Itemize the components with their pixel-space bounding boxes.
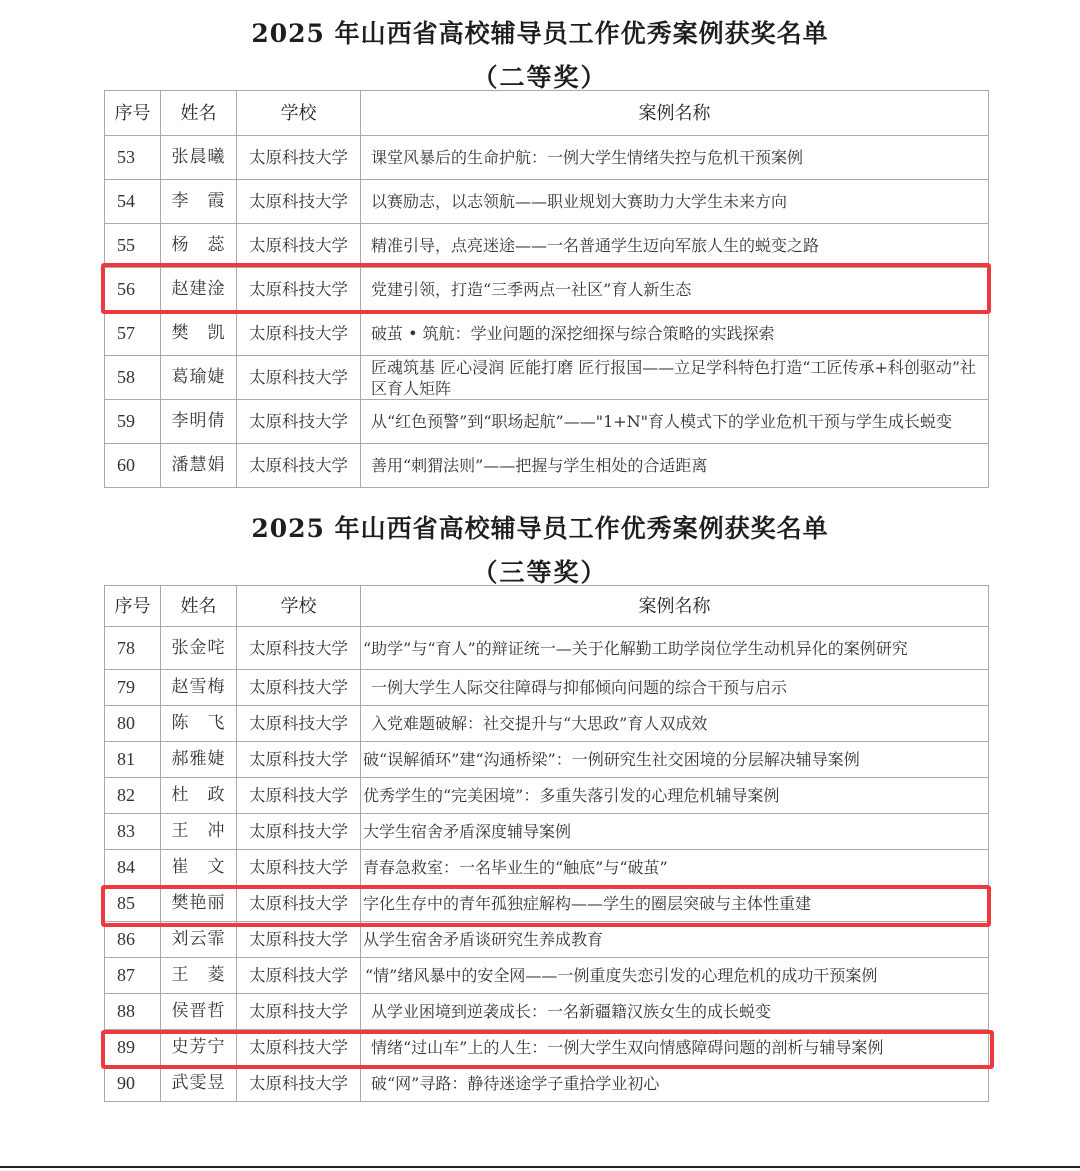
header-school: 学校 bbox=[237, 91, 361, 136]
table-row: 84 崔 文 太原科技大学 青春急救室：一名毕业生的“触底”与“破茧” bbox=[105, 850, 989, 886]
cell-case: 党建引领，打造“三季两点一社区”育人新生态 bbox=[361, 268, 989, 312]
cell-school: 太原科技大学 bbox=[237, 180, 361, 224]
header-case: 案例名称 bbox=[361, 586, 989, 627]
cell-seq: 82 bbox=[105, 778, 161, 814]
cell-name: 王 菱 bbox=[161, 958, 237, 994]
cell-case: 破茧 • 筑航：学业问题的深挖细探与综合策略的实践探索 bbox=[361, 312, 989, 356]
cell-case: “助学”与“育人”的辩证统一—关于化解勤工助学岗位学生动机异化的案例研究 bbox=[361, 627, 989, 670]
cell-school: 太原科技大学 bbox=[237, 444, 361, 488]
cell-seq: 79 bbox=[105, 670, 161, 706]
table-row-highlighted: 89 史芳宁 太原科技大学 情绪“过山车”上的人生：一例大学生双向情感障碍问题的… bbox=[105, 1030, 989, 1066]
cell-school: 太原科技大学 bbox=[237, 814, 361, 850]
document-title-second-prize: 2025 年山西省高校辅导员工作优秀案例获奖名单 bbox=[0, 14, 1080, 50]
cell-name: 张晨曦 bbox=[161, 136, 237, 180]
award-level-third-prize: （三等奖） bbox=[0, 553, 1080, 589]
cell-case: 匠魂筑基 匠心浸润 匠能打磨 匠行报国——立足学科特色打造“工匠传承+科创驱动”… bbox=[361, 356, 989, 400]
table-row: 83 王 冲 太原科技大学 大学生宿舍矛盾深度辅导案例 bbox=[105, 814, 989, 850]
table-row: 88 侯晋哲 太原科技大学 从学业困境到逆袭成长：一名新疆籍汉族女生的成长蜕变 bbox=[105, 994, 989, 1030]
cell-seq: 57 bbox=[105, 312, 161, 356]
cell-seq: 53 bbox=[105, 136, 161, 180]
cell-case: 从“红色预警”到“职场起航”——"1+N"育人模式下的学业危机干预与学生成长蜕变 bbox=[361, 400, 989, 444]
cell-seq: 90 bbox=[105, 1066, 161, 1102]
cell-case: “情”绪风暴中的安全网——一例重度失恋引发的心理危机的成功干预案例 bbox=[361, 958, 989, 994]
table-row: 87 王 菱 太原科技大学 “情”绪风暴中的安全网——一例重度失恋引发的心理危机… bbox=[105, 958, 989, 994]
cell-name: 张金咤 bbox=[161, 627, 237, 670]
document-title-third-prize: 2025 年山西省高校辅导员工作优秀案例获奖名单 bbox=[0, 509, 1080, 545]
cell-name: 樊艳丽 bbox=[161, 886, 237, 922]
cell-seq: 85 bbox=[105, 886, 161, 922]
cell-case: 破“误解循环”建“沟通桥梁”：一例研究生社交困境的分层解决辅导案例 bbox=[361, 742, 989, 778]
cell-case: 以赛励志，以志领航——职业规划大赛助力大学生未来方向 bbox=[361, 180, 989, 224]
cell-case: 一例大学生人际交往障碍与抑郁倾向问题的综合干预与启示 bbox=[361, 670, 989, 706]
cell-school: 太原科技大学 bbox=[237, 706, 361, 742]
cell-name: 杨 蕊 bbox=[161, 224, 237, 268]
header-name: 姓名 bbox=[161, 586, 237, 627]
table-row: 57 樊 凯 太原科技大学 破茧 • 筑航：学业问题的深挖细探与综合策略的实践探… bbox=[105, 312, 989, 356]
cell-school: 太原科技大学 bbox=[237, 1030, 361, 1066]
header-name: 姓名 bbox=[161, 91, 237, 136]
cell-school: 太原科技大学 bbox=[237, 224, 361, 268]
cell-name: 刘云霏 bbox=[161, 922, 237, 958]
table-header-row: 序号 姓名 学校 案例名称 bbox=[105, 91, 989, 136]
table-row: 79 赵雪梅 太原科技大学 一例大学生人际交往障碍与抑郁倾向问题的综合干预与启示 bbox=[105, 670, 989, 706]
cell-case: 优秀学生的“完美困境”：多重失落引发的心理危机辅导案例 bbox=[361, 778, 989, 814]
cell-school: 太原科技大学 bbox=[237, 268, 361, 312]
table-row: 54 李 霞 太原科技大学 以赛励志，以志领航——职业规划大赛助力大学生未来方向 bbox=[105, 180, 989, 224]
table-row: 80 陈 飞 太原科技大学 入党难题破解：社交提升与“大思政”育人双成效 bbox=[105, 706, 989, 742]
cell-case: 善用“刺猬法则”——把握与学生相处的合适距离 bbox=[361, 444, 989, 488]
bottom-edge-line bbox=[0, 1166, 1080, 1168]
cell-case: 情绪“过山车”上的人生：一例大学生双向情感障碍问题的剖析与辅导案例 bbox=[361, 1030, 989, 1066]
cell-case: 从学业困境到逆袭成长：一名新疆籍汉族女生的成长蜕变 bbox=[361, 994, 989, 1030]
cell-seq: 80 bbox=[105, 706, 161, 742]
header-seq: 序号 bbox=[105, 586, 161, 627]
table-row: 55 杨 蕊 太原科技大学 精准引导，点亮迷途——一名普通学生迈向军旅人生的蜕变… bbox=[105, 224, 989, 268]
cell-school: 太原科技大学 bbox=[237, 958, 361, 994]
cell-name: 潘慧娟 bbox=[161, 444, 237, 488]
cell-school: 太原科技大学 bbox=[237, 742, 361, 778]
cell-seq: 60 bbox=[105, 444, 161, 488]
cell-school: 太原科技大学 bbox=[237, 778, 361, 814]
cell-school: 太原科技大学 bbox=[237, 136, 361, 180]
header-case: 案例名称 bbox=[361, 91, 989, 136]
cell-seq: 55 bbox=[105, 224, 161, 268]
cell-school: 太原科技大学 bbox=[237, 1066, 361, 1102]
cell-case: 大学生宿舍矛盾深度辅导案例 bbox=[361, 814, 989, 850]
cell-name: 杜 政 bbox=[161, 778, 237, 814]
cell-school: 太原科技大学 bbox=[237, 670, 361, 706]
cell-name: 武雯昱 bbox=[161, 1066, 237, 1102]
cell-name: 史芳宁 bbox=[161, 1030, 237, 1066]
cell-name: 葛瑜婕 bbox=[161, 356, 237, 400]
table-row: 60 潘慧娟 太原科技大学 善用“刺猬法则”——把握与学生相处的合适距离 bbox=[105, 444, 989, 488]
cell-school: 太原科技大学 bbox=[237, 922, 361, 958]
cell-seq: 87 bbox=[105, 958, 161, 994]
award-level-second-prize: （二等奖） bbox=[0, 58, 1080, 94]
cell-school: 太原科技大学 bbox=[237, 886, 361, 922]
table-row: 81 郝雅婕 太原科技大学 破“误解循环”建“沟通桥梁”：一例研究生社交困境的分… bbox=[105, 742, 989, 778]
cell-name: 李明倩 bbox=[161, 400, 237, 444]
cell-seq: 86 bbox=[105, 922, 161, 958]
cell-case: 青春急救室：一名毕业生的“触底”与“破茧” bbox=[361, 850, 989, 886]
cell-case: 破“网”寻路：静待迷途学子重拾学业初心 bbox=[361, 1066, 989, 1102]
table-row: 82 杜 政 太原科技大学 优秀学生的“完美困境”：多重失落引发的心理危机辅导案… bbox=[105, 778, 989, 814]
cell-name: 崔 文 bbox=[161, 850, 237, 886]
header-school: 学校 bbox=[237, 586, 361, 627]
cell-name: 赵建淦 bbox=[161, 268, 237, 312]
cell-case: 从学生宿舍矛盾谈研究生养成教育 bbox=[361, 922, 989, 958]
cell-name: 王 冲 bbox=[161, 814, 237, 850]
cell-seq: 56 bbox=[105, 268, 161, 312]
cell-name: 李 霞 bbox=[161, 180, 237, 224]
cell-name: 郝雅婕 bbox=[161, 742, 237, 778]
table-row: 90 武雯昱 太原科技大学 破“网”寻路：静待迷途学子重拾学业初心 bbox=[105, 1066, 989, 1102]
cell-case: 精准引导，点亮迷途——一名普通学生迈向军旅人生的蜕变之路 bbox=[361, 224, 989, 268]
second-prize-table: 序号 姓名 学校 案例名称 53 张晨曦 太原科技大学 课堂风暴后的生命护航：一… bbox=[104, 90, 989, 488]
cell-seq: 88 bbox=[105, 994, 161, 1030]
cell-school: 太原科技大学 bbox=[237, 356, 361, 400]
cell-school: 太原科技大学 bbox=[237, 627, 361, 670]
cell-seq: 83 bbox=[105, 814, 161, 850]
table-header-row: 序号 姓名 学校 案例名称 bbox=[105, 586, 989, 627]
cell-seq: 78 bbox=[105, 627, 161, 670]
table-row-highlighted: 56 赵建淦 太原科技大学 党建引领，打造“三季两点一社区”育人新生态 bbox=[105, 268, 989, 312]
cell-school: 太原科技大学 bbox=[237, 312, 361, 356]
cell-case: 课堂风暴后的生命护航：一例大学生情绪失控与危机干预案例 bbox=[361, 136, 989, 180]
cell-name: 侯晋哲 bbox=[161, 994, 237, 1030]
header-seq: 序号 bbox=[105, 91, 161, 136]
cell-school: 太原科技大学 bbox=[237, 994, 361, 1030]
cell-seq: 84 bbox=[105, 850, 161, 886]
table-row: 86 刘云霏 太原科技大学 从学生宿舍矛盾谈研究生养成教育 bbox=[105, 922, 989, 958]
cell-seq: 58 bbox=[105, 356, 161, 400]
cell-school: 太原科技大学 bbox=[237, 850, 361, 886]
table-row: 59 李明倩 太原科技大学 从“红色预警”到“职场起航”——"1+N"育人模式下… bbox=[105, 400, 989, 444]
cell-seq: 89 bbox=[105, 1030, 161, 1066]
third-prize-table: 序号 姓名 学校 案例名称 78 张金咤 太原科技大学 “助学”与“育人”的辩证… bbox=[104, 585, 989, 1102]
cell-name: 樊 凯 bbox=[161, 312, 237, 356]
cell-name: 陈 飞 bbox=[161, 706, 237, 742]
cell-seq: 54 bbox=[105, 180, 161, 224]
cell-seq: 59 bbox=[105, 400, 161, 444]
table-row: 78 张金咤 太原科技大学 “助学”与“育人”的辩证统一—关于化解勤工助学岗位学… bbox=[105, 627, 989, 670]
cell-seq: 81 bbox=[105, 742, 161, 778]
table-row-highlighted: 85 樊艳丽 太原科技大学 字化生存中的青年孤独症解构——学生的圈层突破与主体性… bbox=[105, 886, 989, 922]
cell-name: 赵雪梅 bbox=[161, 670, 237, 706]
cell-case: 字化生存中的青年孤独症解构——学生的圈层突破与主体性重建 bbox=[361, 886, 989, 922]
table-row: 53 张晨曦 太原科技大学 课堂风暴后的生命护航：一例大学生情绪失控与危机干预案… bbox=[105, 136, 989, 180]
table-row: 58 葛瑜婕 太原科技大学 匠魂筑基 匠心浸润 匠能打磨 匠行报国——立足学科特… bbox=[105, 356, 989, 400]
cell-case: 入党难题破解：社交提升与“大思政”育人双成效 bbox=[361, 706, 989, 742]
cell-school: 太原科技大学 bbox=[237, 400, 361, 444]
